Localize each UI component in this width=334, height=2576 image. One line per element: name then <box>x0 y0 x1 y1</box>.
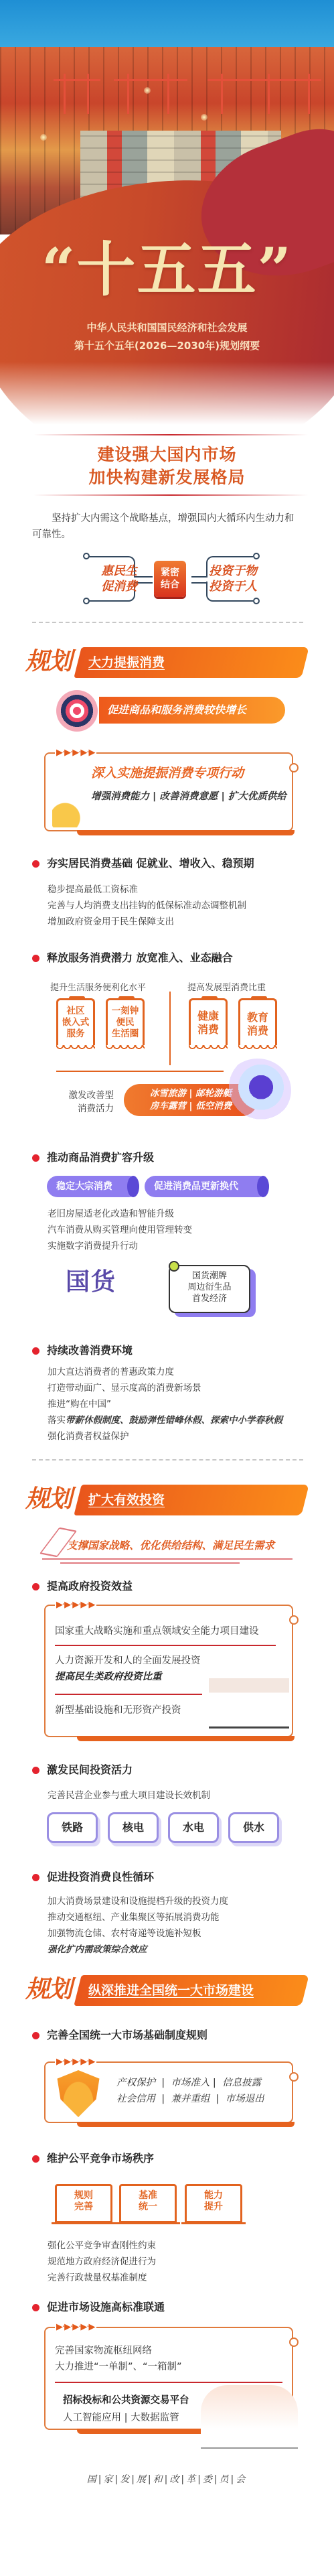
section-banner-unified-market: 规划 纵深推进全国统一大市场建设 <box>25 1975 305 2006</box>
person-with-receipt-illustration <box>52 781 84 827</box>
dashed-divider <box>32 1459 303 1461</box>
section-banner-consumption: 规划 大力提振消费 <box>25 647 305 678</box>
ring-icon <box>289 763 299 772</box>
point-lines: 加大直达消费者的普惠政策力度 打造带动面广、显示度高的消费新场景 推进“购在中国… <box>48 1364 282 1444</box>
banner-plan-label: 规划 <box>25 646 71 678</box>
guohuo-bubble: 国货潮牌 周边衍生品 首发经济 <box>169 1265 250 1313</box>
hero-fade <box>0 362 334 429</box>
section-banner-investment: 规划 扩大有效投资 <box>25 1485 305 1515</box>
sector-boxes: 铁路 核电 水电 供水 <box>47 1812 288 1847</box>
guohuo-logo: 国货 <box>66 1263 169 1303</box>
intro-text: 坚持扩大内需这个战略基点，增强国内大循环内生动力和可靠性。 <box>32 511 303 543</box>
ticket-card: 社区嵌入式服务 <box>56 998 95 1046</box>
divider-rule-bottom <box>33 494 308 496</box>
point-heading: 释放服务消费潜力 放宽准入、业态融合 <box>32 950 233 966</box>
point-heading: 促进市场设施高标准联通 <box>32 2299 165 2315</box>
card-shadow <box>77 1736 295 1741</box>
point-heading: 夯实居民消费基础 促就业、增收入、稳预期 <box>32 856 254 872</box>
card-line: 大力推进“一单制”、“一箱制” <box>55 2359 182 2373</box>
dashed-divider <box>32 622 303 623</box>
underline <box>42 1558 293 1560</box>
card-line: 新型基础设施和无形资产投资 <box>55 1702 181 1716</box>
rules-line: 社会信用 | 兼并重组 | 市场退出 <box>116 2091 264 2107</box>
footer-org: 国|家|发|展|和|改|革|委|员|会 <box>0 2472 334 2486</box>
point-lines: 加大消费场景建设和设施提档升级的投资力度 推动交通枢纽、产业集聚区等拓展消费功能… <box>48 1893 228 1958</box>
bus-stop-illustration <box>209 1678 289 1728</box>
point-heading: 促进投资消费良性循环 <box>32 1869 154 1885</box>
line-item: 完善与人均消费支出挂钩的低保标准动态调整机制 <box>48 898 246 914</box>
banner-title: 大力提振消费 <box>88 647 165 678</box>
hero-subtitle-2: 第十五个五年(2026—2030年)规划纲要 <box>0 338 334 352</box>
diagram-left-1: 惠民生 <box>92 563 146 579</box>
improve-label: 激发改善型 消费活力 <box>54 1089 114 1115</box>
diagram-center-badge: 紧密 结合 <box>154 561 186 597</box>
action-card-title: 深入实施提振消费专项行动 <box>91 763 244 781</box>
vertical-separator <box>169 992 171 1065</box>
arrows-icon: ▶·▶·▶·▶·▶ <box>55 2057 96 2067</box>
point-heading: 推动商品消费扩容升级 <box>32 1150 154 1166</box>
ring-icon <box>289 2072 299 2082</box>
ticket-card: 健康消费 <box>189 998 228 1046</box>
diagram-center-1: 紧密 <box>154 567 186 579</box>
book-card: 规则完善 <box>55 2184 112 2223</box>
underline <box>60 1562 240 1564</box>
point-heading: 激发民间投资活力 <box>32 1762 133 1778</box>
book-card: 基准统一 <box>119 2184 177 2223</box>
point-lines: 稳步提高最低工资标准 完善与人均消费支出挂钩的低保标准动态调整机制 增加政府资金… <box>48 882 246 930</box>
point-heading: 持续改善消费环境 <box>32 1343 133 1359</box>
intro-title-2: 加快构建新发展格局 <box>0 466 334 489</box>
card-line: 国家重大战略实施和重点领域安全能力项目建设 <box>55 1623 259 1637</box>
target-icon <box>56 690 98 732</box>
point-heading: 完善全国统一大市场基础制度规则 <box>32 2027 207 2043</box>
banner-plan-label: 规划 <box>25 1483 71 1515</box>
action-card: ▶·▶·▶·▶·▶ 深入实施提振消费专项行动 增强消费能力 | 改善消费意愿 |… <box>44 752 293 831</box>
point-lines: 完善民营企业参与重大项目建设长效机制 <box>48 1787 210 1804</box>
bubble-dot-icon <box>169 1261 179 1272</box>
sector-box: 供水 <box>228 1812 279 1843</box>
sector-box: 水电 <box>168 1812 219 1843</box>
arrows-icon: ▶·▶·▶·▶·▶ <box>55 748 96 758</box>
card-shadow <box>77 2122 295 2127</box>
divider-rule-top <box>33 434 308 435</box>
pill-product-upgrade: 促进消费品更新换代 <box>145 1176 269 1197</box>
pill-bulk-consumption: 稳定大宗消费 <box>47 1176 139 1197</box>
arrows-icon: ▶·▶·▶·▶·▶ <box>55 2322 96 2333</box>
rules-line: 产权保护 | 市场准入 | 信息披露 <box>116 2075 261 2091</box>
hero-subtitle-1: 中华人民共和国国民经济和社会发展 <box>0 320 334 334</box>
hero-banner: “十五五” 中华人民共和国国民经济和社会发展 第十五个五年(2026—2030年… <box>0 0 334 429</box>
line-item: 增加政府资金用于民生保障支出 <box>48 914 246 930</box>
diagram-center-2: 结合 <box>154 579 186 591</box>
card-line: 人工智能应用 | 大数据监管 <box>63 2410 179 2424</box>
point-heading: 提高政府投资效益 <box>32 1578 133 1595</box>
ring-icon <box>289 2337 299 2347</box>
banner-title: 纵深推进全国统一大市场建设 <box>88 1975 254 2006</box>
card-bold-line: 招标投标和公共资源交易平台 <box>63 2392 189 2406</box>
diagram-right-1: 投资于物 <box>206 563 260 579</box>
action-card-subtitle: 增强消费能力 | 改善消费意愿 | 扩大优质供给 <box>91 789 286 803</box>
logistics-truck-plane-illustration <box>201 2385 298 2449</box>
sector-box: 铁路 <box>47 1812 98 1843</box>
arrows-icon: ▶·▶·▶·▶·▶ <box>55 1600 96 1611</box>
horizontal-separator <box>56 1071 224 1072</box>
point-lines: 强化公平竞争审查刚性约束 规范地方政府经济促进行为 完善行政裁量权基准制度 <box>48 2238 156 2286</box>
banner-title: 扩大有效投资 <box>88 1485 165 1515</box>
point-lines: 老旧房屋适老化改造和智能升级 汽车消费从购买管理向使用管理转变 实施数字消费提升… <box>48 1206 192 1254</box>
relation-diagram: 惠民生 促消费 紧密 结合 投资于物 投资于人 <box>80 553 268 606</box>
card-line: 人力资源开发和人的全面发展投资 <box>55 1653 201 1667</box>
goal-pill-text: 促进商品和服务消费较快增长 <box>107 697 246 724</box>
card-line: 完善国家物流枢纽网络 <box>55 2343 152 2357</box>
banner-plan-label: 规划 <box>25 1974 71 2006</box>
investment-subtitle: 支撑国家战略、优化供给结构、满足民生需求 <box>67 1538 274 1552</box>
right-label: 提高发展型消费比重 <box>187 980 266 993</box>
ring-icon <box>289 1615 299 1625</box>
line-item: 稳步提高最低工资标准 <box>48 882 246 898</box>
skier-illustration <box>224 1059 291 1122</box>
card-emphasis: 提高民生类政府投资比重 <box>55 1669 162 1683</box>
goal-pill: 促进商品和服务消费较快增长 <box>99 697 285 724</box>
diagram-right-2: 投资于人 <box>206 579 260 594</box>
ticket-card: 教育消费 <box>238 998 277 1046</box>
ticket-card: 一刻钟便民生活圈 <box>106 998 145 1046</box>
book-card: 能力提升 <box>185 2184 242 2223</box>
service-tickets: 提升生活服务便利化水平 提高发展型消费比重 社区嵌入式服务 一刻钟便民生活圈 健… <box>54 998 281 1052</box>
sector-box: 核电 <box>108 1812 159 1843</box>
intro-title-1: 建设强大国内市场 <box>0 444 334 466</box>
point-heading: 维护公平竞争市场秩序 <box>32 2151 154 2167</box>
left-label: 提升生活服务便利化水平 <box>50 980 146 993</box>
book-icons: 规则完善 基准统一 能力提升 <box>48 2184 249 2226</box>
diagram-left-2: 促消费 <box>92 579 146 594</box>
hero-title: “十五五” <box>0 240 334 299</box>
card-shadow <box>77 830 295 835</box>
